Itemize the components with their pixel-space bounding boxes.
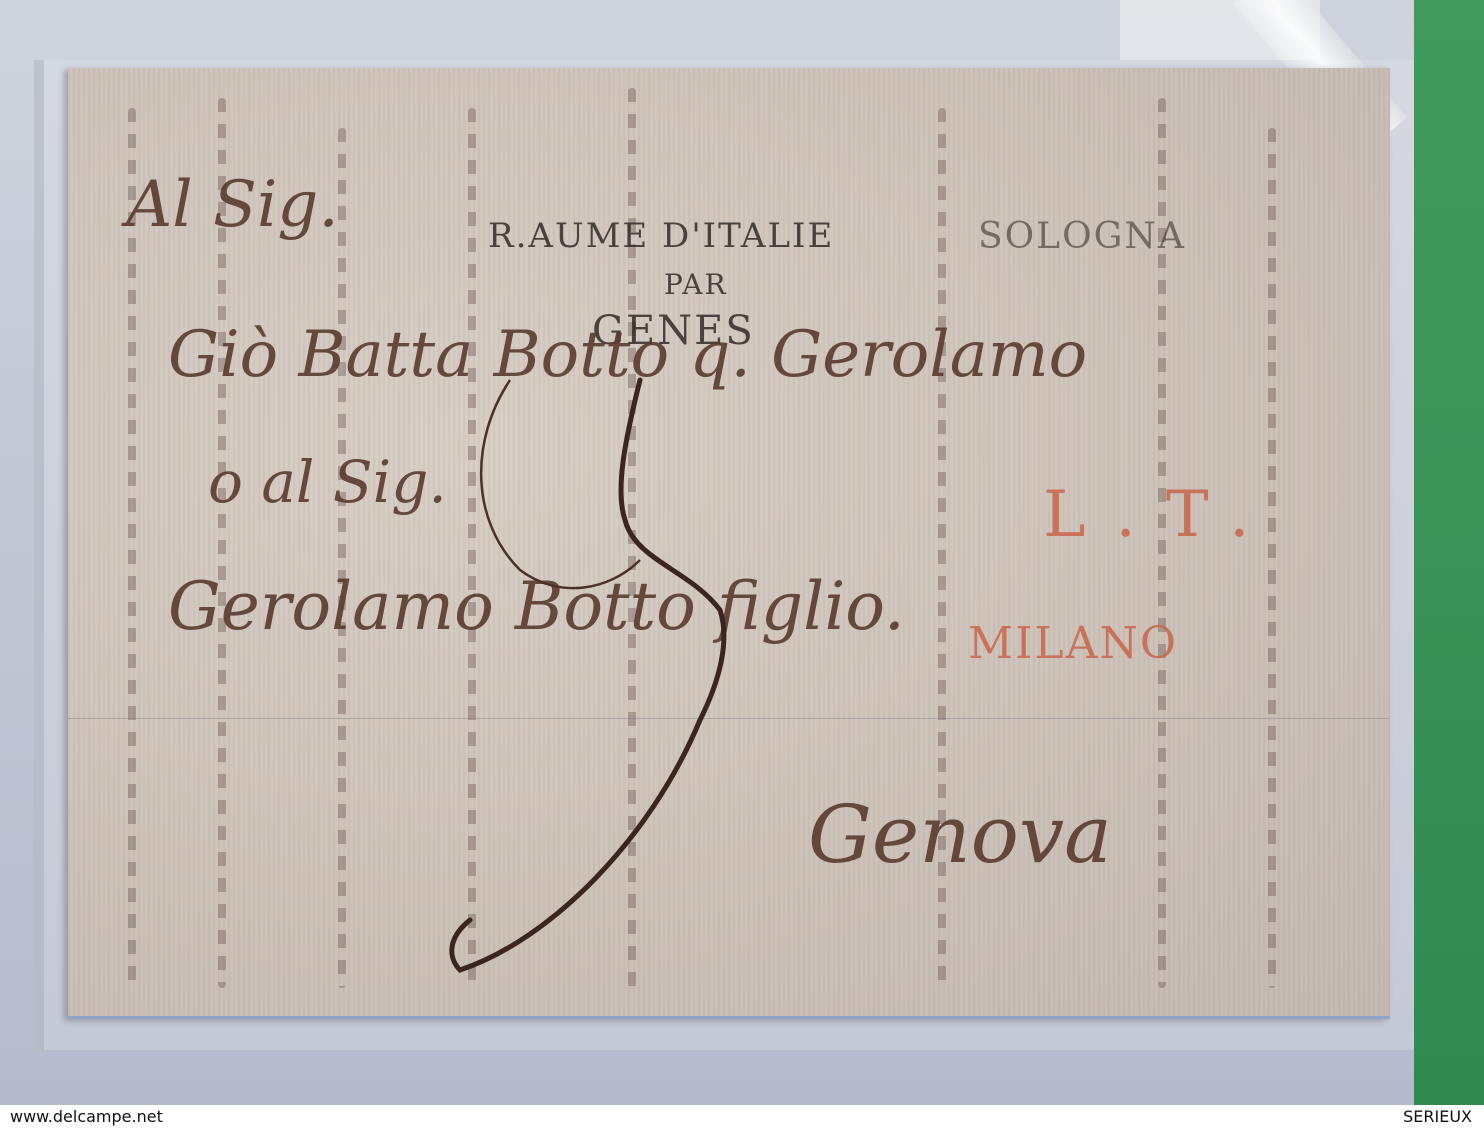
postmark-red-milano: MILANO xyxy=(968,618,1178,669)
photo: R.AUME D'ITALIE PAR GENES SOLOGNA L.T. M… xyxy=(0,0,1484,1105)
address-line-1: Al Sig. xyxy=(126,168,339,242)
address-line-3: o al Sig. xyxy=(208,448,447,516)
seller-name: SERIEUX xyxy=(1403,1107,1472,1126)
address-line-5: Genova xyxy=(808,788,1112,881)
ink-bleed-through xyxy=(338,128,346,988)
postmark-sologna: SOLOGNA xyxy=(978,216,1186,257)
rate-mark-squiggle xyxy=(430,320,750,1000)
footer-bar: www.delcampe.net SERIEUX xyxy=(0,1105,1484,1131)
site-watermark: www.delcampe.net xyxy=(10,1107,163,1126)
postmark-red-lt: L.T. xyxy=(1043,478,1279,552)
green-album-board xyxy=(1414,0,1484,1105)
ink-bleed-through xyxy=(1268,128,1276,988)
postmark-par: PAR xyxy=(664,268,728,301)
postmark-royaume-italie: R.AUME D'ITALIE xyxy=(488,216,834,256)
